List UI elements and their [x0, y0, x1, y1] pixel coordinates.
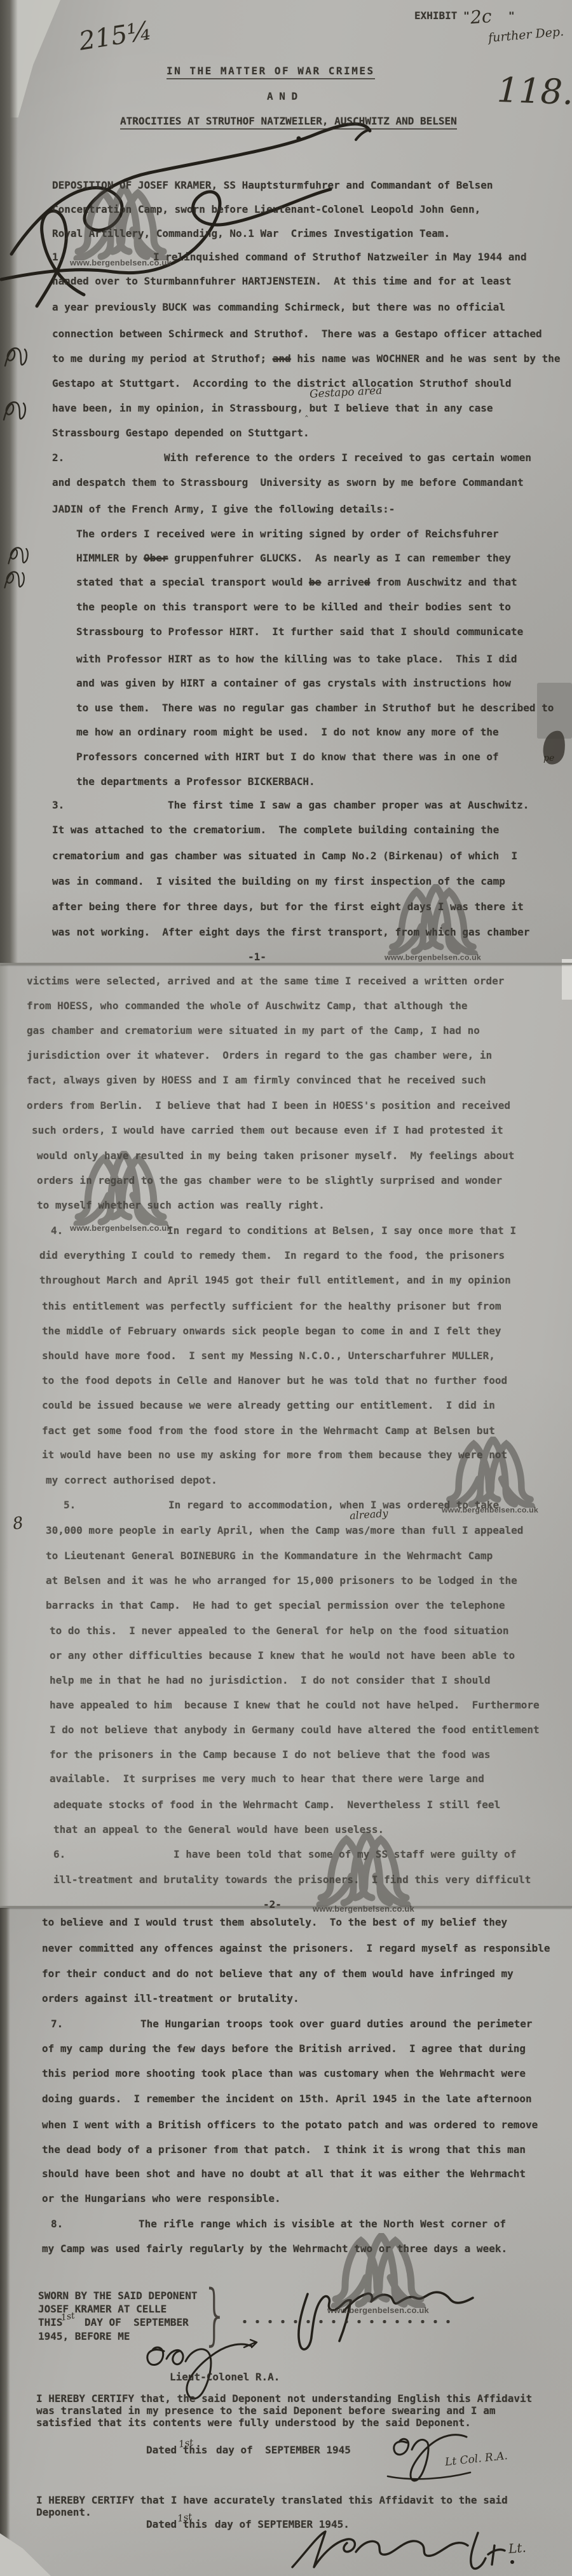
handwritten-annotation: 118. [496, 70, 572, 112]
typed-line: to myself whether such action was really… [37, 1200, 325, 1211]
typed-line: never committed any offences against the… [42, 1943, 550, 1954]
typed-line: The rifle range which is visible at the … [139, 2218, 506, 2230]
typed-line: was translated in my presence to the sai… [36, 2405, 495, 2417]
typed-line: Concentration Camp, sworn before Lieuten… [52, 204, 480, 215]
handwritten-annotation: Lt. [508, 2540, 527, 2556]
typed-line: I have been told that some of my SS staf… [174, 1849, 516, 1860]
typed-line: to believe and I would trust them absolu… [42, 1917, 507, 1928]
typed-line: and despatch them to Strassbourg Univers… [52, 477, 524, 488]
sworn-block-brace: } [202, 2281, 228, 2347]
typed-line: 1945, BEFORE ME [38, 2331, 130, 2342]
typed-line: I HEREBY CERTIFY that, the said Deponent… [36, 2393, 532, 2405]
typed-line: -2- [263, 1899, 282, 1910]
typed-line: could be issued because we were already … [42, 1400, 495, 1411]
typed-line: doing guards. I remember the incident on… [42, 2093, 532, 2105]
handwritten-annotation: 1st [178, 2436, 194, 2450]
typed-line: orders in regard to the gas chamber were… [37, 1175, 502, 1186]
typed-line: orders against ill-treatment or brutalit… [42, 1993, 299, 2004]
typed-line: barracks in that Camp. He had to get spe… [46, 1600, 505, 1611]
typed-line: ATROCITIES AT STRUTHOF NATZWEILER, AUSCH… [120, 116, 457, 130]
typed-line: was in command. I visited the building o… [52, 876, 505, 887]
typed-line: was not working. After eight days the fi… [52, 927, 529, 938]
typed-line: 5. [64, 1499, 76, 1511]
typed-line: the middle of February onwards sick peop… [42, 1325, 501, 1337]
typed-line: available. It surprises me very much to … [50, 1773, 484, 1785]
typed-line: I relinquished command of Struthof Natzw… [153, 252, 527, 263]
typed-line: adequate stocks of food in the Wehrmacht… [53, 1799, 500, 1811]
affidavit-scan: } EXHIBIT ""IN THE MATTER OF WAR CRIMESA… [0, 0, 572, 2576]
typed-line: this period more shooting took place tha… [42, 2068, 526, 2079]
typed-line: of my camp during the few days before th… [42, 2043, 526, 2055]
typed-line: to Lieutenant General BOINEBURG in the K… [46, 1550, 493, 1562]
typed-line: The Hungarian troops took over guard dut… [140, 2018, 533, 2030]
alexander-signature [280, 2523, 534, 2576]
typed-line: with Professor HIRT as to how the killin… [76, 654, 517, 665]
typed-line: after being there for three days, but fo… [52, 901, 524, 913]
typed-line: from HOESS, who commanded the whole of A… [27, 1000, 468, 1012]
typed-line: Strassbourg Gestapo depended on Stuttgar… [52, 427, 310, 439]
typed-line: the people on this transport were to be … [76, 601, 511, 613]
handwritten-annotation: pe [543, 753, 554, 763]
typed-line: IN THE MATTER OF WAR CRIMES [167, 65, 375, 79]
typed-line: at Belsen and it was he who arranged for… [46, 1575, 517, 1587]
typed-line: It was attached to the crematorium. The … [52, 824, 499, 836]
page-seam [0, 963, 572, 965]
typed-line: Gestapo at Stuttgart. According to the d… [52, 378, 511, 389]
marginal-initials [1, 343, 29, 372]
typed-line: fact, always given by HOESS and I am fir… [27, 1075, 486, 1086]
typed-line: SWORN BY THE SAID DEPONENT [38, 2290, 197, 2302]
marginal-initials [1, 567, 27, 593]
typed-line: crematorium and gas chamber was situated… [52, 850, 517, 862]
typed-line: jurisdiction over it whatever. Orders in… [27, 1050, 492, 1061]
typed-line: stated that a special transport would be… [76, 577, 517, 588]
typed-line: DEPOSITION OF JOSEF KRAMER, SS Hauptstur… [52, 180, 493, 191]
typed-line: for their conduct and do not believe tha… [42, 1968, 514, 1980]
typed-line: connection between Schirmeck and Strutho… [52, 328, 542, 340]
typed-line: my Camp was used fairly regularly by the… [42, 2243, 507, 2255]
typed-line: In regard to accommodation, when I was o… [168, 1499, 499, 1511]
typed-line: day of SEPTEMBER 1945. [215, 2519, 350, 2530]
typed-line: to do this. I never appealed to the Gene… [50, 1625, 508, 1637]
typed-line: or the Hungarians who were responsible. [42, 2193, 281, 2204]
typed-line: throughout March and April 1945 got thei… [39, 1275, 511, 1286]
typed-line: 4. [51, 1225, 63, 1237]
typed-line: With reference to the orders I received … [164, 452, 531, 464]
handwritten-annotation: 1st [177, 2511, 193, 2524]
typed-line: should have more food. I sent my Messing… [42, 1350, 495, 1362]
genn-signature [119, 2337, 266, 2401]
typed-line: handed over to Sturmbannfuhrer HARTJENST… [52, 276, 511, 287]
typed-line: In regard to conditions at Belsen, I say… [167, 1225, 516, 1237]
typed-line: did everything I could to remedy them. I… [39, 1250, 505, 1261]
typed-line: Royal Artillery, Commanding, No.1 War Cr… [52, 228, 450, 239]
scan-artifact [562, 959, 572, 1000]
typed-line: it would have been no use my asking for … [42, 1449, 507, 1461]
typed-line: and was given by HIRT a container of gas… [76, 678, 511, 689]
typed-line: EXHIBIT " [414, 10, 470, 22]
typed-line: orders from Berlin. I believe that had I… [27, 1100, 510, 1111]
typed-line: the dead body of a prisoner from that pa… [42, 2144, 526, 2156]
typed-line: 6. [53, 1849, 65, 1860]
typed-line: The orders I received were in writing si… [76, 528, 499, 540]
typed-line: THIS [38, 2317, 63, 2328]
page-seam [0, 1906, 572, 1908]
typed-line: Deponent. [36, 2507, 92, 2518]
typed-line: I HEREBY CERTIFY that I have accurately … [36, 2495, 508, 2506]
typed-line: ill-treatment and brutality towards the … [53, 1874, 531, 1886]
typed-line: 3. [52, 800, 64, 811]
typed-line: to use them. There was no regular gas ch… [76, 702, 554, 714]
signature-dotted-line [238, 2319, 456, 2324]
typed-line: 1. [52, 252, 64, 263]
scan-edge [0, 964, 9, 1907]
typed-line: to me during my period at Struthof; and … [52, 353, 561, 365]
typed-line: victims were selected, arrived and at th… [27, 976, 504, 987]
handwritten-annotation: ‸ [305, 407, 308, 417]
marginal-initials [0, 397, 28, 426]
typed-line: Dated this [146, 2519, 207, 2530]
typed-line: JOSEF KRAMER AT CELLE [38, 2304, 167, 2315]
typed-line: Lieut-Colonel R.A. [170, 2371, 280, 2383]
typed-line: Dated this [146, 2445, 207, 2456]
marginal-initials [5, 543, 31, 569]
typed-line: JADIN of the French Army, I give the fol… [52, 504, 395, 515]
typed-line: Professors concerned with HIRT but I do … [76, 751, 499, 763]
typed-line: such orders, I would have carried them o… [32, 1125, 503, 1136]
typed-line: would only have resulted in my being tak… [37, 1150, 514, 1162]
typed-line: or any other difficulties because I knew… [50, 1650, 515, 1661]
typed-line: a year previously BUCK was commanding Sc… [52, 302, 505, 313]
typed-line: for the prisoners in the Camp because I … [50, 1749, 491, 1761]
typed-line: 30,000 more people in early April, when … [46, 1525, 523, 1536]
typed-line: HIMMLER by Ober gruppenfuhrer GLUCKS. As… [76, 553, 511, 564]
typed-line: have appealed to him because I knew that… [50, 1700, 540, 1711]
typed-line: DAY OF SEPTEMBER [85, 2317, 189, 2328]
typed-line: should have been shot and have no doubt … [42, 2168, 526, 2180]
typed-line: me how an ordinary room might be used. I… [76, 727, 499, 738]
typed-line: the departments a Professor BICKERBACH. [76, 776, 315, 788]
typed-line: The first time I saw a gas chamber prope… [168, 800, 529, 811]
typed-line: day of SEPTEMBER 1945 [216, 2445, 351, 2456]
typed-line: satisfied that its contents were fully u… [36, 2417, 471, 2429]
typed-line: have been, in my opinion, in Strassbourg… [52, 403, 493, 414]
typed-line: help me in that he had no jurisdiction. … [50, 1675, 491, 1686]
typed-line: gas chamber and crematorium were situate… [27, 1025, 480, 1036]
typed-line: 7. [51, 2018, 63, 2030]
handwritten-annotation: 2c [470, 6, 493, 28]
typed-line: that an appeal to the General would have… [53, 1824, 384, 1835]
kramer-signature [280, 2274, 483, 2356]
typed-line: A N D [267, 91, 297, 102]
typed-line: my correct authorised depot. [46, 1475, 217, 1486]
typed-line: I do not believe that anybody in Germany… [50, 1724, 540, 1736]
typed-line: 2. [52, 452, 64, 464]
typed-line: Strassbourg to Professor HIRT. It furthe… [76, 626, 523, 638]
scan-edge [0, 1907, 10, 2576]
typed-line: -1- [248, 951, 266, 963]
typed-line: this entitlement was perfectly sufficien… [42, 1301, 501, 1312]
typed-line: " [508, 10, 515, 22]
typed-line: to the food depots in Celle and Hanover … [42, 1375, 507, 1386]
typed-line: when I went with a British officers to t… [42, 2119, 538, 2131]
typed-line: 8. [51, 2218, 63, 2230]
typed-line: fact get some food from the food store i… [42, 1425, 495, 1437]
